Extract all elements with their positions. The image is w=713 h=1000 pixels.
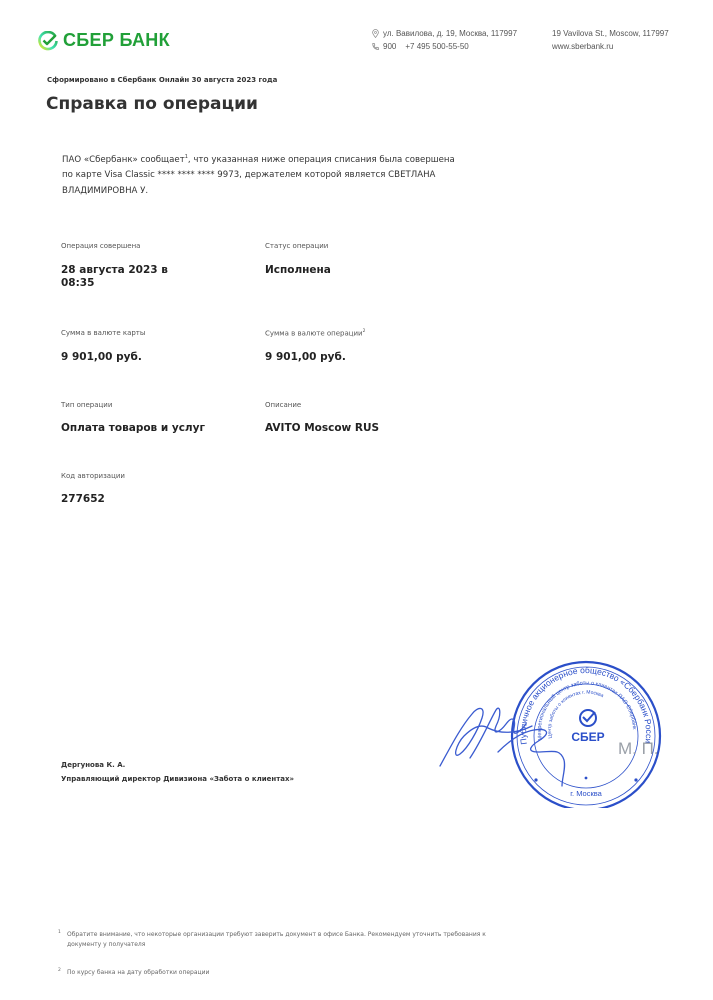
phone-short: 900 <box>383 40 396 53</box>
footnotes: 1 Обратите внимание, что некоторые орган… <box>58 930 488 978</box>
footnote-2-text: По курсу банка на дату обработки операци… <box>67 969 209 976</box>
location-pin-icon <box>371 29 380 38</box>
status-label: Статус операции <box>265 242 328 250</box>
card-amount-value: 9 901,00 руб. <box>61 351 142 364</box>
footnote-2-mark: 2 <box>58 966 61 976</box>
operation-type-value: Оплата товаров и услуг <box>61 422 205 435</box>
footnote-1: 1 Обратите внимание, что некоторые орган… <box>58 930 488 950</box>
brand-name: СБЕР БАНК <box>63 30 170 51</box>
intro-part1: ПАО «Сбербанк» сообщает <box>62 155 185 165</box>
stamp-sber-check-icon <box>580 710 596 726</box>
status-value: Исполнена <box>265 264 331 277</box>
signer-name: Дергунова К. А. <box>61 758 294 772</box>
intro-paragraph: ПАО «Сбербанк» сообщает1, что указанная … <box>62 150 462 200</box>
phone-icon <box>371 42 380 51</box>
signer-block: Дергунова К. А. Управляющий директор Див… <box>61 758 294 786</box>
description-value: AVITO Moscow RUS <box>265 422 379 435</box>
handwritten-signature <box>440 708 565 786</box>
auth-code-label: Код авторизации <box>61 472 125 480</box>
card-amount-label: Сумма в валюте карты <box>61 329 145 337</box>
description-label: Описание <box>265 401 301 409</box>
operation-date-line1: 28 августа 2023 в <box>61 264 168 277</box>
generated-note: Сформировано в Сбербанк Онлайн 30 август… <box>47 76 277 84</box>
address-ru: ул. Вавилова, д. 19, Москва, 117997 <box>383 27 517 40</box>
operation-date-line2: 08:35 <box>61 277 168 290</box>
contacts-en: 19 Vavilova St., Moscow, 117997 www.sber… <box>552 27 669 53</box>
operation-type-label: Тип операции <box>61 401 112 409</box>
page-title: Справка по операции <box>46 94 258 114</box>
operation-amount-label: Сумма в валюте операции2 <box>265 329 366 337</box>
sber-check-circle-icon <box>38 31 58 51</box>
stamp-center-label: СБЕР <box>571 730 604 744</box>
footnote-1-text: Обратите внимание, что некоторые организ… <box>67 931 486 948</box>
auth-code-value: 277652 <box>61 493 105 506</box>
signer-position: Управляющий директор Дивизиона «Забота о… <box>61 772 294 786</box>
address-en: 19 Vavilova St., Moscow, 117997 <box>552 27 669 40</box>
operation-amount-label-text: Сумма в валюте операции <box>265 329 363 337</box>
operation-date-label: Операция совершена <box>61 242 140 250</box>
sber-logo: СБЕР БАНК <box>38 30 170 51</box>
mp-label: М. П. <box>618 739 659 758</box>
stamp-city: г. Москва <box>570 789 602 798</box>
contacts-ru: ул. Вавилова, д. 19, Москва, 117997 900 … <box>371 27 517 53</box>
stamp-and-signature: Публичное акционерное общество «Сбербанк… <box>430 648 670 808</box>
website-link[interactable]: www.sberbank.ru <box>552 40 613 53</box>
operation-date-value: 28 августа 2023 в 08:35 <box>61 264 168 290</box>
footnote-ref-2: 2 <box>363 329 366 334</box>
footnote-1-mark: 1 <box>58 928 61 938</box>
phone-long: +7 495 500-55-50 <box>405 40 468 53</box>
footnote-2: 2 По курсу банка на дату обработки опера… <box>58 968 488 978</box>
operation-amount-value: 9 901,00 руб. <box>265 351 346 364</box>
